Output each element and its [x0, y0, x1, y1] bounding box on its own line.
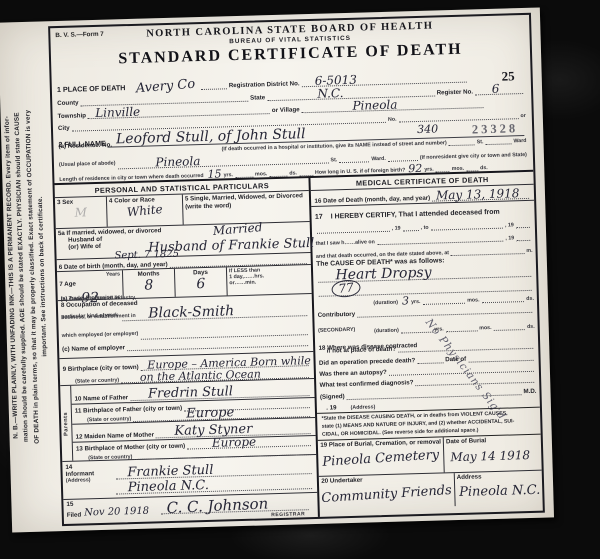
- foreign-birth-value: 92: [408, 162, 422, 175]
- scanned-photo-background: N. B.—WRITE PLAINLY, WITH UNFADING INK—T…: [0, 0, 600, 559]
- date-of-burial-value: May 14 1918: [450, 448, 539, 464]
- certificate-form: B. V. S.—Form 7 NORTH CAROLINA STATE BOA…: [48, 13, 545, 526]
- contributory-label: Contributory: [318, 311, 356, 319]
- mos-label: mos.: [255, 171, 268, 177]
- md-label: M.D.: [523, 388, 536, 395]
- place-of-death-section: 25 1 PLACE OF DEATH Avery Co Registratio…: [52, 67, 534, 183]
- undertaker-address-field: Address Pineola N.C.: [455, 471, 543, 506]
- date-of-label: Date of: [445, 356, 466, 364]
- sex-field: 3 Sex M: [55, 197, 108, 228]
- yrs-label: yrs.: [434, 326, 444, 332]
- filed-label: Filed: [67, 512, 82, 519]
- number-value: 340: [417, 122, 438, 136]
- mos-label: mos.: [467, 297, 480, 303]
- form-number: B. V. S.—Form 7: [55, 31, 104, 39]
- undertaker-field: 20 Undertaker Community Friends: [319, 473, 455, 510]
- yrs-label: yrs.: [223, 172, 233, 178]
- date-of-death-value: May 13, 1918: [436, 186, 520, 202]
- sex-value: M: [57, 205, 104, 220]
- residence-label: (a) Residence. No.: [58, 142, 112, 150]
- mother-name-label: 12 Maiden Name of Mother: [75, 431, 154, 440]
- occupation-b-label: which employed (or employer): [62, 331, 139, 339]
- if-less-than-label: or……min.: [229, 278, 310, 286]
- mos-label: mos.: [452, 166, 465, 172]
- mother-birthplace-sublabel: (State or country): [88, 454, 132, 461]
- medical-certificate-section: MEDICAL CERTIFICATE OF DEATH 16 Date of …: [311, 172, 543, 521]
- yrs-label: yrs.: [411, 299, 421, 305]
- race-field: 4 Color or Race White: [107, 195, 184, 227]
- duration-label: (duration): [373, 300, 398, 307]
- undertaker-address-label: Address: [457, 472, 540, 481]
- yrs-label: yrs.: [424, 167, 434, 173]
- birthplace-sublabel: (State or country): [75, 377, 119, 384]
- marital-status-value: Married: [212, 220, 263, 238]
- file-stamp-number: 23328: [472, 121, 519, 137]
- informant-address-value: Pineola N.C.: [128, 478, 210, 495]
- date-of-burial-label: Date of Burial: [446, 436, 539, 446]
- registrar-label: REGISTRAR: [271, 511, 305, 518]
- date-of-burial-field: Date of Burial May 14 1918: [444, 435, 542, 473]
- address-paren-label: (Address): [351, 404, 376, 411]
- residence-sublabel: (Usual place of abode): [59, 160, 116, 168]
- signed-label: (Signed): [320, 393, 345, 401]
- informant-address-label: (Address): [66, 477, 114, 484]
- employer-label: (c) Name of employer: [62, 344, 125, 353]
- marital-status-label: 5 Single, Married, Widowed, or Divorced …: [185, 192, 308, 212]
- undertaker-value: Community Friends: [321, 483, 452, 506]
- parents-block: Parents 10 Name of Father Fredrin Stull …: [60, 378, 316, 461]
- place-of-burial-field: 19 Place of Burial, Cremation, or remova…: [318, 438, 445, 476]
- year-19-label: . 19: [326, 404, 337, 411]
- place-of-burial-value: Pineola Cemetery: [322, 448, 441, 470]
- cause-of-death-field: The CAUSE OF DEATH* was as follows: Hear…: [313, 254, 537, 310]
- occupation-field: 8 Occupation of deceased (a) Trade, Prof…: [58, 293, 314, 358]
- occupation-b-label: (b) General nature of industry,: [61, 295, 137, 303]
- undertaker-address-value: Pineola N.C.: [459, 483, 541, 500]
- marital-status-field: 5 Single, Married, Widowed, or Divorced …: [183, 191, 310, 225]
- ds-label: ds.: [480, 165, 488, 171]
- ds-label: ds.: [527, 324, 535, 330]
- ds-label: ds.: [289, 170, 297, 176]
- ds-label: ds.: [526, 296, 534, 302]
- occupation-b-label: business, or establishment in: [61, 313, 136, 321]
- age-days-value: 6: [177, 275, 224, 292]
- certify-block: 17 I HEREBY CERTIFY, That I attended dec…: [312, 200, 536, 260]
- filed-date-value: Nov 20 1918: [84, 506, 149, 519]
- duration-label: (duration): [374, 328, 399, 335]
- date-of-birth-value: Sept. 7 1825: [114, 249, 179, 262]
- length-of-residence-value: 15: [207, 167, 221, 180]
- years-label: Years: [106, 271, 120, 277]
- undertaker-row: 20 Undertaker Community Friends Address …: [319, 470, 542, 510]
- mos-label: mos.: [479, 325, 492, 331]
- duration-value: 3: [402, 294, 409, 307]
- certificate-paper: N. B.—WRITE PLAINLY, WITH UNFADING INK—T…: [0, 8, 554, 533]
- burial-row: 19 Place of Burial, Cremation, or remova…: [318, 434, 542, 476]
- personal-statistical-section: PERSONAL AND STATISTICAL PARTICULARS 3 S…: [55, 178, 321, 526]
